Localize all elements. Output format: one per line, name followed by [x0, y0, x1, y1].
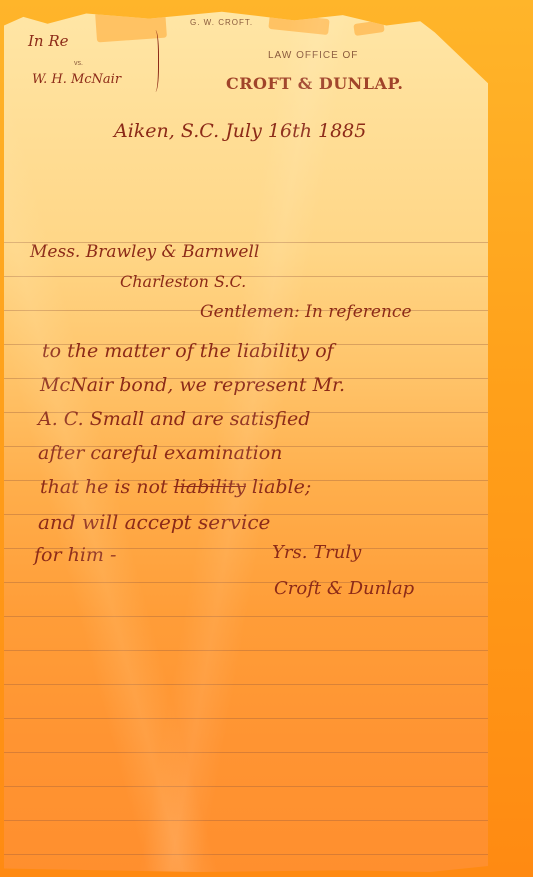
body-line: to the matter of the liability of: [42, 340, 334, 362]
ruled-line: [4, 752, 488, 753]
dateline: Aiken, S.C. July 16th 1885: [114, 120, 366, 142]
body-line: for him -: [34, 544, 116, 566]
torn-paper-fragment: [268, 13, 329, 35]
salutation-line: Gentlemen: In reference: [200, 302, 412, 322]
letterhead-office-line: LAW OFFICE OF: [268, 50, 358, 61]
addressee-name: Mess. Brawley & Barnwell: [30, 242, 259, 262]
body-line: after careful examination: [38, 442, 282, 464]
ruled-line: [4, 718, 488, 719]
body-line: McNair bond, we represent Mr.: [40, 374, 345, 396]
case-caption-versus: vs.: [74, 60, 83, 67]
addressee-city: Charleston S.C.: [120, 272, 246, 291]
scanned-letter-scene: G. W. CROFT. LAW OFFICE OF CROFT & DUNLA…: [0, 0, 533, 877]
signature: Croft & Dunlap: [274, 578, 414, 599]
ruled-line: [4, 820, 488, 821]
ruled-line: [4, 684, 488, 685]
ruled-line: [4, 650, 488, 651]
struck-word: liability: [174, 476, 246, 498]
ruled-line: [4, 616, 488, 617]
ruled-line: [4, 854, 488, 855]
body-line: and will accept service: [38, 510, 270, 534]
case-caption-defendant: W. H. McNair: [32, 72, 121, 87]
ruled-line: [4, 582, 488, 583]
body-line: A. C. Small and are satisfied: [38, 408, 310, 430]
ruled-line: [4, 786, 488, 787]
case-caption-brace: [150, 30, 159, 92]
body-line-with-strikethrough: that he is not liability liable;: [40, 476, 311, 498]
letter-paper: G. W. CROFT. LAW OFFICE OF CROFT & DUNLA…: [4, 10, 488, 872]
letterhead-firm-name: CROFT & DUNLAP.: [226, 74, 403, 93]
torn-paper-fragment: [353, 20, 384, 36]
closing: Yrs. Truly: [272, 542, 361, 563]
letterhead-partner-line: G. W. CROFT.: [190, 18, 253, 27]
case-caption-in-re: In Re: [28, 32, 69, 50]
